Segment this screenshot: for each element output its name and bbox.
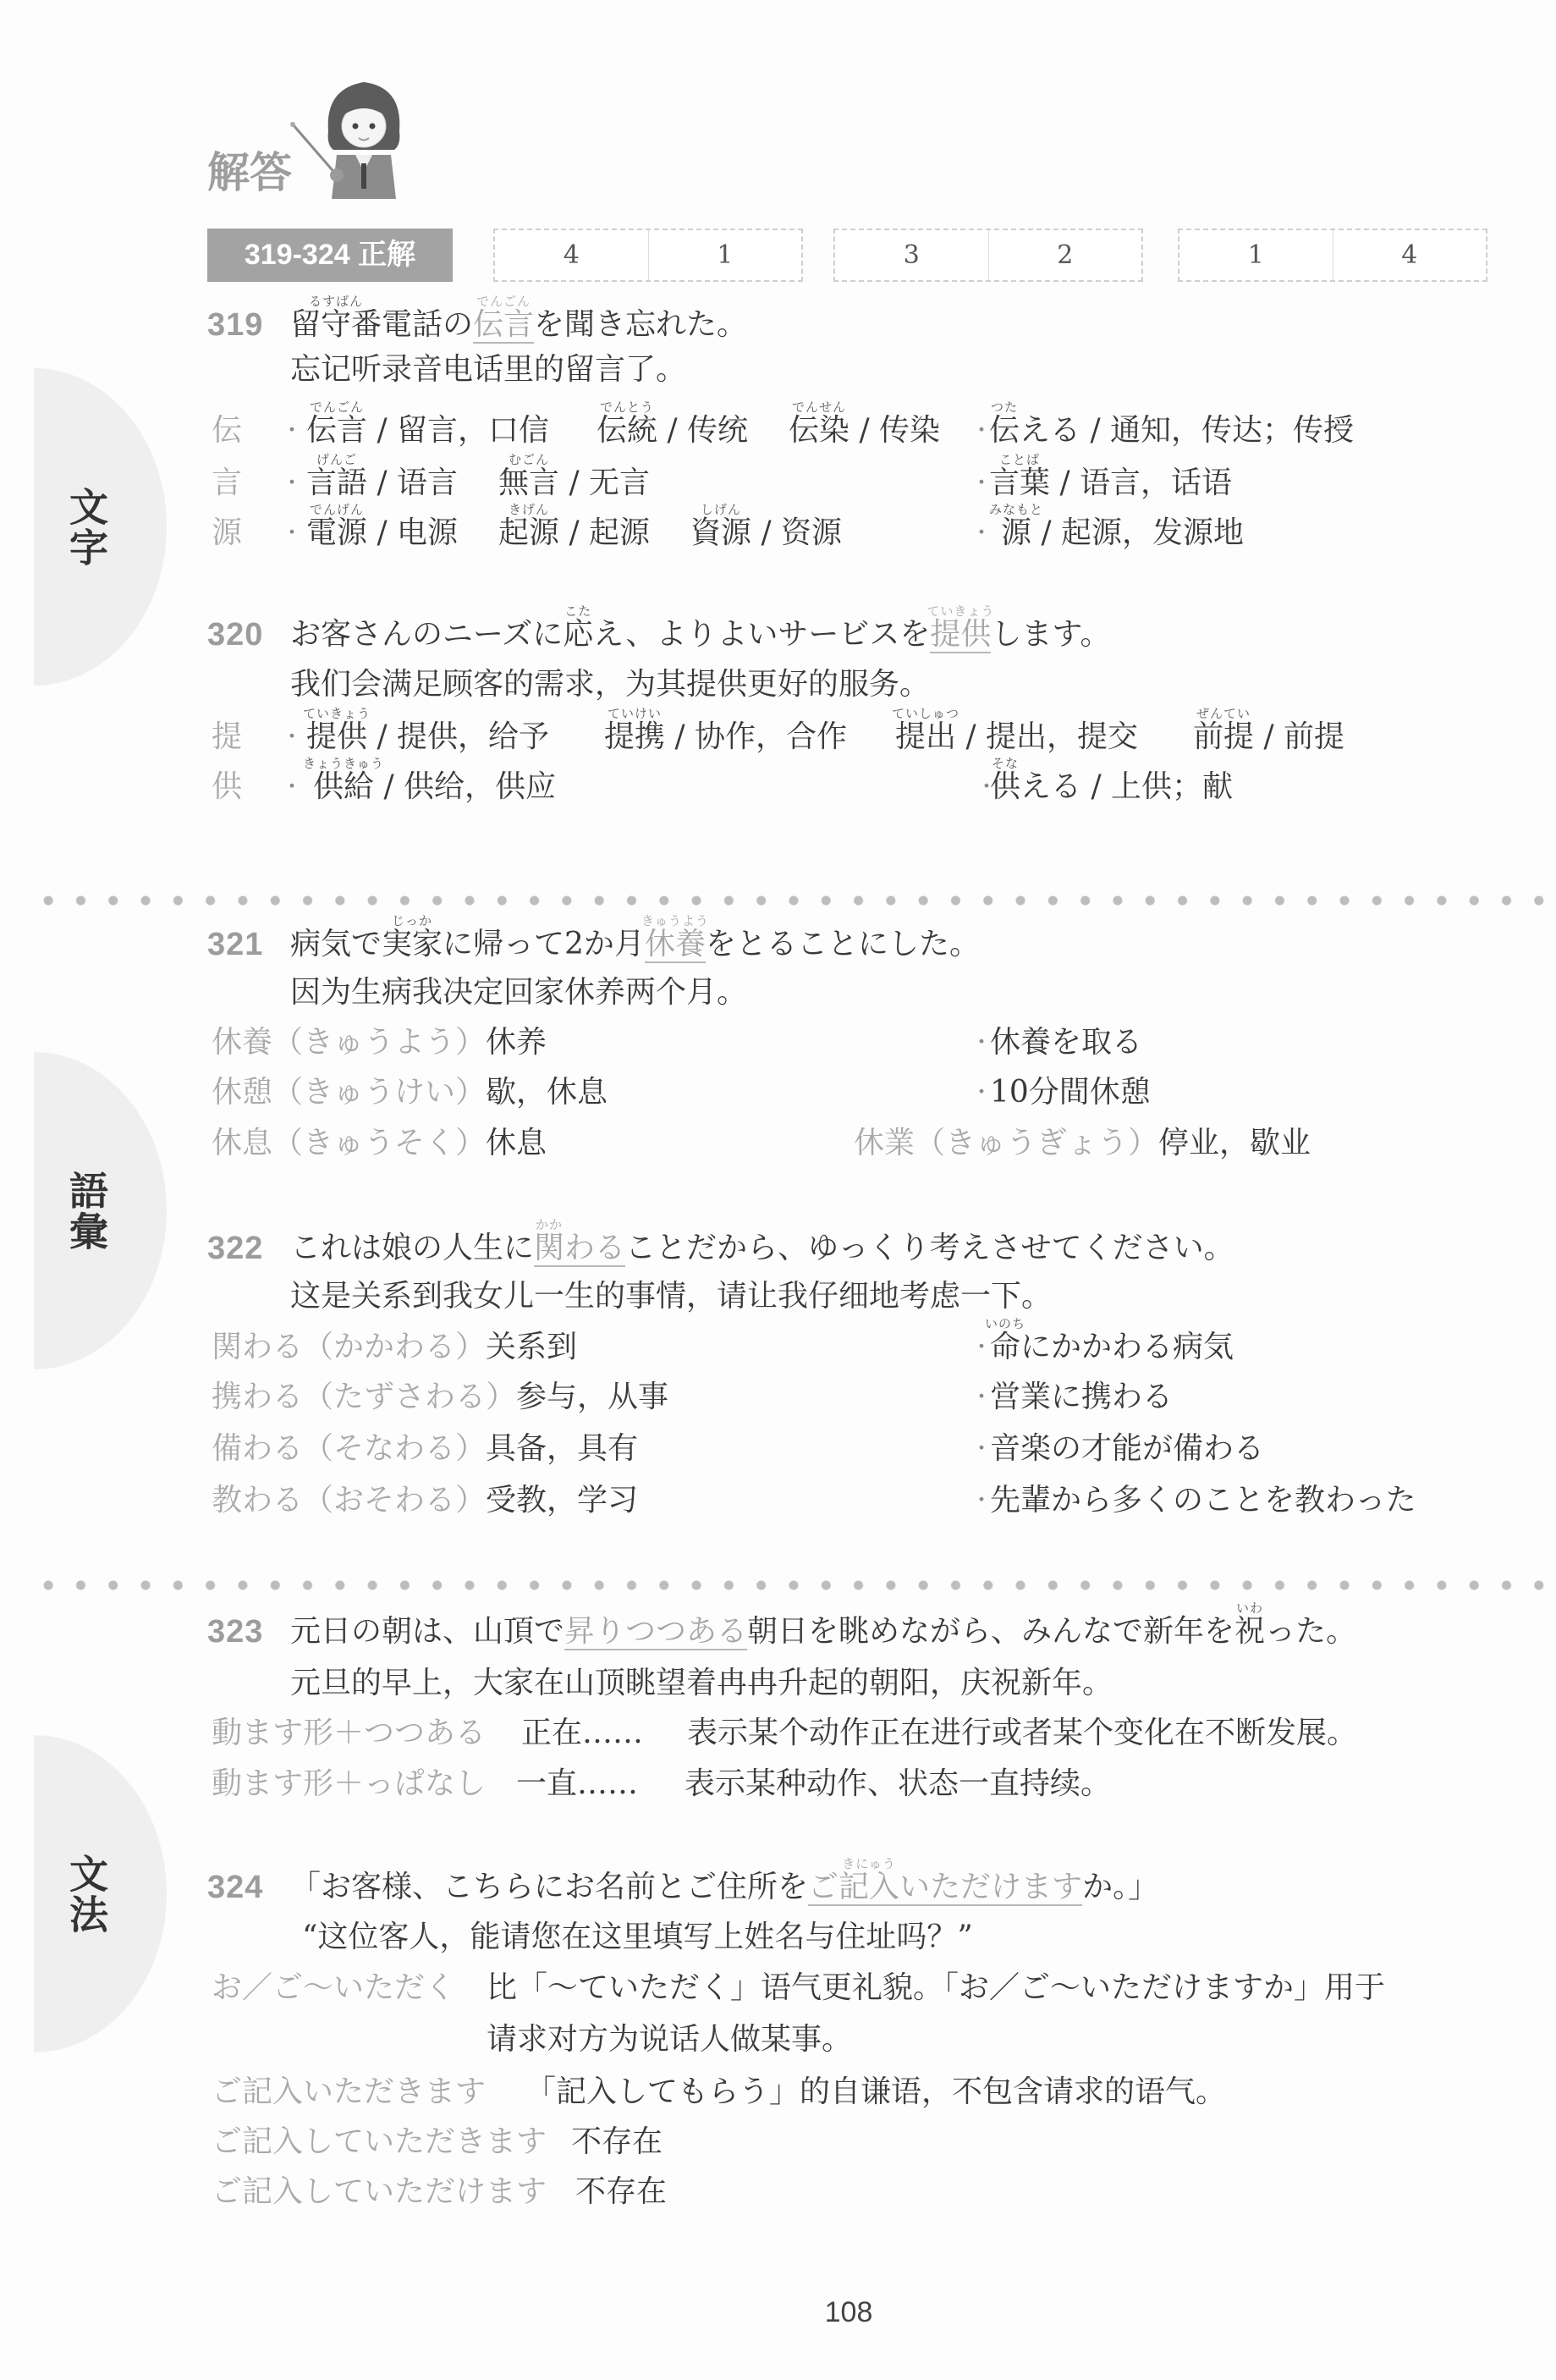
bullet-icon: ・ (281, 516, 303, 550)
text-segment: を聞き忘れた。 (534, 307, 747, 342)
word-with-furigana: 供そな (990, 770, 1020, 804)
word-with-furigana: 起源きげん (498, 516, 559, 550)
furigana: るすばん (265, 295, 407, 308)
text-segment: 休息 (486, 1126, 547, 1160)
word-with-furigana: 提供ていきょう (306, 720, 367, 754)
furigana: みなもと (976, 504, 1057, 516)
text-segment: える / 上供；献 (1020, 769, 1233, 804)
bullet-icon: ・ (281, 466, 303, 500)
text-segment: 元日の朝は、山頂で (290, 1614, 564, 1649)
text-segment: に帰って2か月 (443, 927, 645, 961)
furigana: ていしゅつ (870, 708, 981, 720)
text-segment: / 协作，合作 (665, 719, 847, 754)
text-segment: ことだから、ゆっくり考えさせてください。 (625, 1231, 1234, 1265)
vocab-definition: 休養（きゅうよう）休养 (212, 1026, 547, 1060)
question-number: 321 (207, 928, 263, 961)
text-segment: これは娘の人生に (290, 1231, 534, 1265)
term-label: 休憩（きゅうけい） (212, 1075, 486, 1110)
text-segment: お客さんのニーズに (290, 617, 563, 652)
furigana: でんごん (448, 295, 559, 308)
furigana: ていきょう (281, 708, 393, 720)
text-segment: った。 (1265, 1614, 1356, 1649)
usage-example: 10分間休憩 (990, 1076, 1151, 1110)
text-segment: / 语言 (367, 466, 458, 500)
text-segment: / 起源，发源地 (1031, 515, 1244, 550)
grammar-explanation: 表示某种动作、状态一直持续。 (685, 1767, 1111, 1801)
grammar-meaning: 一直…… (516, 1767, 638, 1801)
furigana: ぜんてい (1168, 708, 1279, 720)
answer-group-1: 4 1 (493, 229, 803, 282)
furigana: きげん (473, 504, 585, 516)
text-segment: 先輩から多くのことを教わった (990, 1483, 1416, 1518)
furigana: つた (964, 401, 1045, 414)
bullet-icon: ・ (281, 720, 303, 754)
side-tab-bunpo: 文法 (34, 1735, 167, 2052)
answer-word-with-furigana: 記入きにゅう (838, 1870, 899, 1906)
text-segment: 営業に携わる (990, 1380, 1173, 1414)
kanji-label: 提 (212, 720, 242, 754)
question-sentence: 「お客様、こちらにお名前とご住所をご記入きにゅういただけますか。」 (290, 1870, 1158, 1904)
vocab-item: 伝統でんとう / 传统 (597, 414, 748, 448)
furigana: きにゅう (813, 1858, 925, 1870)
question-sentence: 元日の朝は、山頂で昇りつつある朝日を眺めながら、みんなで新年を祝いわった。 (290, 1615, 1356, 1649)
furigana: こた (537, 605, 619, 618)
vocab-definition: 関わる（かかわる）关系到 (212, 1330, 577, 1364)
text-segment: 病気で (290, 927, 382, 961)
text-segment: 歇，休息 (486, 1075, 608, 1110)
word-with-furigana: 前提ぜんてい (1193, 720, 1254, 754)
vocab-item: 提携ていけい / 协作，合作 (604, 720, 847, 754)
text-segment: 参与，从事 (516, 1380, 668, 1414)
answer-321: 3 (835, 230, 989, 280)
furigana: きょうきゅう (288, 758, 399, 770)
section-title: 解答 (207, 149, 292, 196)
text-segment: 具备，具有 (486, 1431, 638, 1466)
text-segment: / 前提 (1254, 719, 1344, 754)
vocab-item: 起源きげん / 起源 (498, 516, 650, 550)
word-with-furigana: 祝いわ (1234, 1615, 1265, 1649)
answer-319: 4 (495, 230, 649, 280)
text-segment: / 传染 (849, 413, 940, 448)
sentence-translation: 我们会满足顾客的需求，为其提供更好的服务。 (290, 668, 930, 702)
answer-group-3: 1 4 (1178, 229, 1487, 282)
answer-word-with-furigana: 休養きゅうよう (645, 928, 706, 963)
answer-320: 1 (649, 230, 802, 280)
furigana: ていきょう (904, 605, 1016, 618)
answer-word-with-furigana: 伝言でんごん (473, 308, 534, 344)
word-with-furigana: 提携ていけい (604, 720, 665, 754)
kanji-label: 供 (212, 770, 242, 804)
text-segment: / 供给，供应 (374, 769, 556, 804)
dotted-divider (32, 1580, 1555, 1590)
text-segment: える / 通知，传达；传授 (1020, 413, 1354, 448)
answer-324: 4 (1333, 230, 1487, 280)
word-with-furigana: 供給きょうきゅう (313, 770, 374, 804)
text-segment: / 电源 (367, 515, 458, 550)
text-segment: / 资源 (751, 515, 842, 550)
usage-example: 営業に携わる (990, 1380, 1173, 1414)
text-segment: / 传统 (657, 413, 748, 448)
word-with-furigana: 提出ていしゅつ (895, 720, 956, 754)
textbook-page: 文字 語彙 文法 解答 319-324 正解 4 1 3 2 1 4 319 留… (0, 0, 1556, 2380)
vocab-definition: 備わる（そなわる）具备，具有 (212, 1432, 638, 1466)
text-segment: / 语言，话语 (1050, 466, 1232, 500)
question-number: 320 (207, 618, 263, 652)
vocab-definition: 休憩（きゅうけい）歇，休息 (212, 1076, 608, 1110)
bullet-icon: ・ (970, 516, 992, 550)
dotted-divider (32, 895, 1555, 906)
text-segment: / 留言，口信 (367, 413, 549, 448)
question-number: 319 (207, 308, 263, 342)
word-with-furigana: 源みなもと (1001, 516, 1031, 550)
vocab-definition: 教わる（おそわる）受教，学习 (212, 1484, 638, 1518)
vocab-item: 供給きょうきゅう / 供给，供应 (313, 770, 556, 804)
text-segment: 電話の (382, 307, 473, 342)
question-number: 323 (207, 1615, 263, 1649)
side-tab-label: 文法 (66, 1854, 107, 1935)
term-label: 休息（きゅうそく） (212, 1126, 486, 1160)
sentence-translation: 这是关系到我女儿一生的事情，请让我仔细地考虑一下。 (290, 1280, 1052, 1314)
word-with-furigana: 伝統でんとう (597, 414, 657, 448)
usage-example: 先輩から多くのことを教わった (990, 1484, 1416, 1518)
word-with-furigana: 留守番るすばん (290, 308, 382, 342)
word-with-furigana: 伝染でんせん (789, 414, 849, 448)
furigana: でんごん (281, 401, 393, 414)
side-tab-goi: 語彙 (34, 1052, 167, 1369)
text-segment: 音楽の才能が備わる (990, 1431, 1264, 1466)
vocab-item: 電源でんげん / 电源 (306, 516, 458, 550)
furigana: いわ (1209, 1602, 1290, 1615)
vocab-item: 提供ていきょう / 提供，给予 (306, 720, 549, 754)
word-with-furigana: 無言むごん (498, 466, 559, 500)
question-sentence: お客さんのニーズに応こたえ、よりよいサービスを提供ていきょうします。 (290, 618, 1111, 652)
term-label: 備わる（そなわる） (212, 1431, 486, 1466)
word-with-furigana: 言葉ことば (989, 466, 1050, 500)
grammar-explanation: 不存在 (575, 2175, 667, 2209)
vocab-definition: 携わる（たずさわる）参与，从事 (212, 1380, 668, 1414)
answer-word: わる (564, 1231, 625, 1267)
vocab-item: 源みなもと / 起源，发源地 (1001, 516, 1244, 550)
grammar-term: ご記入いただきます (212, 2075, 486, 2109)
grammar-explanation-continued: 请求对方为说话人做某事。 (487, 2023, 852, 2057)
sentence-translation: “这位客人，能请您在这里填写上姓名与住址吗？” (302, 1920, 973, 1954)
furigana: じっか (356, 915, 468, 928)
bullet-icon: ・ (281, 414, 303, 448)
vocab-item: 資源しげん / 资源 (690, 516, 842, 550)
word-with-furigana: 伝言でんごん (306, 414, 367, 448)
vocab-item: 伝染でんせん / 传染 (789, 414, 940, 448)
text-segment: / 提出，提交 (956, 719, 1138, 754)
answer-group-2: 3 2 (833, 229, 1143, 282)
vocab-item: 言語げんご / 语言 (306, 466, 458, 500)
term-label: 休業（きゅうぎょう） (854, 1126, 1158, 1160)
grammar-term: ご記入していただきます (212, 2125, 547, 2159)
grammar-term: ご記入していただけます (212, 2175, 547, 2209)
text-segment: 停业，歇业 (1158, 1126, 1311, 1160)
furigana: ていけい (579, 708, 690, 720)
word-with-furigana: 応こた (563, 618, 593, 652)
text-segment: 「お客様、こちらにお名前とご住所を (290, 1870, 808, 1904)
question-number: 322 (207, 1231, 263, 1265)
question-number: 324 (207, 1870, 263, 1904)
answer-word: いただけます (899, 1870, 1082, 1906)
side-tab-moji: 文字 (34, 368, 167, 686)
answer-word: ご (808, 1870, 838, 1906)
word-with-furigana: 実家じっか (382, 928, 443, 961)
usage-example: 命いのちにかかわる病気 (990, 1330, 1234, 1364)
text-segment: をとることにした。 (706, 927, 980, 961)
furigana: ことば (964, 454, 1075, 466)
word-with-furigana: 資源しげん (690, 516, 751, 550)
side-tab-label: 文字 (66, 487, 107, 568)
text-segment: 休养 (486, 1025, 547, 1060)
answer-322: 2 (989, 230, 1142, 280)
answer-word-with-furigana: 提供ていきょう (930, 618, 991, 653)
furigana: でんせん (763, 401, 875, 414)
text-segment: 10分間休憩 (990, 1075, 1151, 1110)
grammar-meaning: 正在…… (521, 1716, 643, 1750)
text-segment: / 起源 (559, 515, 650, 550)
answer-word: 昇りつつある (564, 1614, 747, 1650)
vocab-definition: 休息（きゅうそく）休息 (212, 1127, 547, 1160)
furigana: でんげん (281, 504, 393, 516)
text-segment: にかかわる病気 (1020, 1330, 1234, 1364)
usage-example: 休養を取る (990, 1026, 1142, 1060)
furigana: しげん (665, 504, 777, 516)
kanji-label: 言 (212, 466, 242, 500)
sentence-translation: 忘记听录音电话里的留言了。 (290, 353, 686, 387)
text-segment: え、よりよいサービスを (593, 617, 930, 652)
grammar-explanation: 「記入してもらう」的自谦语，不包含请求的语气。 (525, 2075, 1226, 2109)
furigana: そな (965, 758, 1046, 770)
text-segment: / 无言 (559, 466, 650, 500)
answer-word-with-furigana: 関かか (534, 1231, 564, 1267)
usage-example: 音楽の才能が備わる (990, 1432, 1264, 1466)
answer-323: 1 (1179, 230, 1333, 280)
word-with-furigana: 電源でんげん (306, 516, 367, 550)
text-segment: か。」 (1082, 1870, 1158, 1904)
vocab-item: 提出ていしゅつ / 提出，提交 (895, 720, 1138, 754)
sentence-translation: 元旦的早上，大家在山顶眺望着冉冉升起的朝阳，庆祝新年。 (290, 1667, 1113, 1700)
term-label: 携わる（たずさわる） (212, 1380, 516, 1414)
furigana: かか (509, 1219, 590, 1231)
grammar-explanation: 不存在 (571, 2125, 663, 2159)
vocab-item: 供そなえる / 上供；献 (990, 770, 1233, 804)
question-sentence: 病気で実家じっかに帰って2か月休養きゅうようをとることにした。 (290, 928, 980, 961)
text-segment: 受教，学习 (486, 1483, 638, 1518)
teacher-with-pointer-icon (288, 72, 415, 203)
grammar-explanation: 表示某个动作正在进行或者某个变化在不断发展。 (687, 1716, 1357, 1750)
vocab-item: 無言むごん / 无言 (498, 466, 650, 500)
question-sentence: これは娘の人生に関かかわることだから、ゆっくり考えさせてください。 (290, 1231, 1234, 1265)
grammar-pattern: 動ます形＋つつある (212, 1716, 486, 1750)
page-number: 108 (804, 2295, 893, 2329)
text-segment: 休養を取る (990, 1025, 1142, 1060)
answer-range-label: 319-324 正解 (207, 229, 453, 282)
kanji-label: 伝 (212, 414, 242, 448)
text-segment: 关系到 (486, 1330, 577, 1364)
word-with-furigana: 伝つた (989, 414, 1020, 448)
term-label: 休養（きゅうよう） (212, 1025, 486, 1060)
word-with-furigana: 言語げんご (306, 466, 367, 500)
vocab-item: 言葉ことば / 语言，话语 (989, 466, 1232, 500)
term-label: 関わる（かかわる） (212, 1330, 486, 1364)
sentence-translation: 因为生病我决定回家休养两个月。 (290, 976, 747, 1010)
furigana: むごん (473, 454, 585, 466)
vocab-item: 前提ぜんてい / 前提 (1193, 720, 1344, 754)
word-with-furigana: 命いのち (990, 1330, 1020, 1364)
grammar-term: お／ご～いただく (212, 1971, 455, 2005)
furigana: いのち (965, 1318, 1046, 1330)
text-segment: 朝日を眺めながら、みんなで新年を (747, 1614, 1234, 1649)
text-segment: します。 (991, 617, 1110, 652)
vocab-item: 伝言でんごん / 留言，口信 (306, 414, 549, 448)
kanji-label: 源 (212, 516, 242, 550)
question-sentence: 留守番るすばん電話の伝言でんごんを聞き忘れた。 (290, 308, 747, 342)
vocab-definition: 休業（きゅうぎょう）停业，歇业 (854, 1127, 1311, 1160)
furigana: げんご (281, 454, 393, 466)
furigana: きゅうよう (619, 915, 731, 928)
vocab-item: 伝つたえる / 通知，传达；传授 (989, 414, 1354, 448)
furigana: でんとう (571, 401, 683, 414)
term-label: 教わる（おそわる） (212, 1483, 486, 1518)
grammar-pattern: 動ます形＋っぱなし (212, 1767, 486, 1801)
bullet-icon: ・ (281, 770, 303, 804)
side-tab-label: 語彙 (66, 1171, 107, 1252)
grammar-explanation: 比「～ていただく」语气更礼貌。「お／ご～いただけますか」用于 (487, 1971, 1385, 2005)
text-segment: / 提供，给予 (367, 719, 549, 754)
